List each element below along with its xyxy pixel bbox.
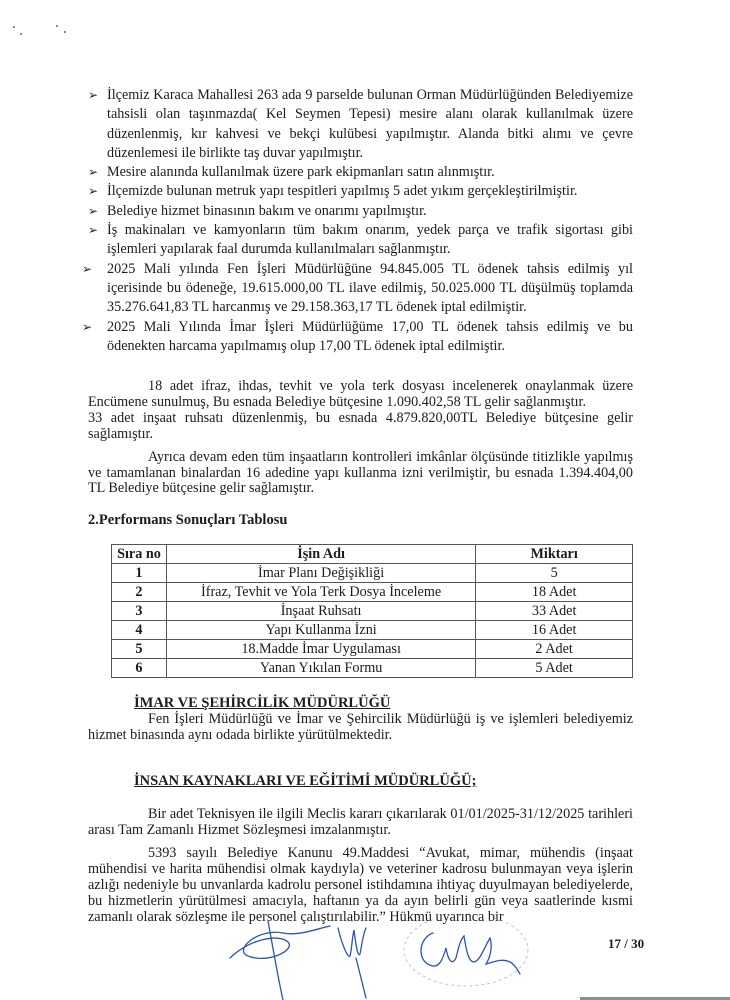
teknisyen-paragraph: Bir adet Teknisyen ile ilgili Meclis kar… [88,807,633,838]
document-page: ➢İlçemiz Karaca Mahallesi 263 ada 9 pars… [0,0,730,1000]
row-job-name: İmar Planı Değişikliği [166,564,475,583]
row-job-name: Yapı Kullanma İzni [166,621,475,640]
bullet-item: ➢Belediye hizmet binasının bakım ve onar… [88,202,633,221]
table-row: 2 İfraz, Tevhit ve Yola Terk Dosya İncel… [112,583,633,602]
row-number: 3 [112,602,167,621]
activity-bullet-list: ➢İlçemiz Karaca Mahallesi 263 ada 9 pars… [88,86,633,356]
performance-table: Sıra no İşin Adı Miktarı 1 İmar Planı De… [111,544,633,678]
insan-kaynaklari-section-title: İNSAN KAYNAKLARI VE EĞİTİMİ MÜDÜRLÜĞÜ; [134,773,476,790]
bullet-item: ➢Mesire alanında kullanılmak üzere park … [88,163,633,182]
bullet-item: ➢İlçemizde bulunan metruk yapı tespitler… [88,182,633,201]
row-number: 6 [112,659,167,678]
ruhsat-paragraph: 33 adet inşaat ruhsatı düzenlenmiş, bu e… [88,411,633,442]
row-quantity: 5 [476,564,633,583]
signature-3 [421,933,520,974]
table-row: 3 İnşaat Ruhsatı 33 Adet [112,602,633,621]
bullet-item: ➢2025 Mali Yılında İmar İşleri Müdürlüğü… [82,318,633,357]
row-number: 4 [112,621,167,640]
table-row: 1 İmar Planı Değişikliği 5 [112,564,633,583]
stamp-icon [404,918,528,986]
row-job-name: İfraz, Tevhit ve Yola Terk Dosya İncelem… [166,583,475,602]
arrow-bullet-icon: ➢ [82,318,92,337]
arrow-bullet-icon: ➢ [88,163,98,182]
column-header-sira: Sıra no [112,545,167,564]
column-header-isin-adi: İşin Adı [166,545,475,564]
row-quantity: 2 Adet [476,640,633,659]
row-quantity: 16 Adet [476,621,633,640]
bullet-item: ➢2025 Mali yılında Fen İşleri Müdürlüğün… [82,260,633,318]
imar-paragraph: Fen İşleri Müdürlüğü ve İmar ve Şehircil… [88,712,633,743]
imar-section-title: İMAR VE ŞEHİRCİLİK MÜDÜRLÜĞÜ [134,695,390,712]
performance-table-title: 2.Performans Sonuçları Tablosu [88,512,287,529]
bullet-item: ➢İlçemiz Karaca Mahallesi 263 ada 9 pars… [88,86,633,163]
signature-1 [230,921,330,1000]
belediye-kanunu-paragraph: 5393 sayılı Belediye Kanunu 49.Maddesi “… [88,845,633,925]
arrow-bullet-icon: ➢ [88,221,98,240]
arrow-bullet-icon: ➢ [88,182,98,201]
arrow-bullet-icon: ➢ [88,86,98,105]
table-header-row: Sıra no İşin Adı Miktarı [112,545,633,564]
arrow-bullet-icon: ➢ [82,260,92,279]
row-quantity: 18 Adet [476,583,633,602]
row-quantity: 33 Adet [476,602,633,621]
table-row: 4 Yapı Kullanma İzni 16 Adet [112,621,633,640]
row-number: 5 [112,640,167,659]
page-number: 17 / 30 [608,936,644,952]
ifraz-paragraph: 18 adet ifraz, ihdas, tevhit ve yola ter… [88,379,633,410]
row-job-name: İnşaat Ruhsatı [166,602,475,621]
column-header-miktari: Miktarı [476,545,633,564]
signatures [228,918,588,1000]
row-quantity: 5 Adet [476,659,633,678]
bullet-item: ➢İş makinaları ve kamyonların tüm bakım … [88,221,633,260]
signature-2 [338,928,366,998]
row-job-name: 18.Madde İmar Uygulaması [166,640,475,659]
row-number: 1 [112,564,167,583]
table-row: 6 Yanan Yıkılan Formu 5 Adet [112,659,633,678]
row-job-name: Yanan Yıkılan Formu [166,659,475,678]
arrow-bullet-icon: ➢ [88,202,98,221]
yapi-kullanma-paragraph: Ayrıca devam eden tüm inşaatların kontro… [88,450,633,497]
row-number: 2 [112,583,167,602]
table-row: 5 18.Madde İmar Uygulaması 2 Adet [112,640,633,659]
